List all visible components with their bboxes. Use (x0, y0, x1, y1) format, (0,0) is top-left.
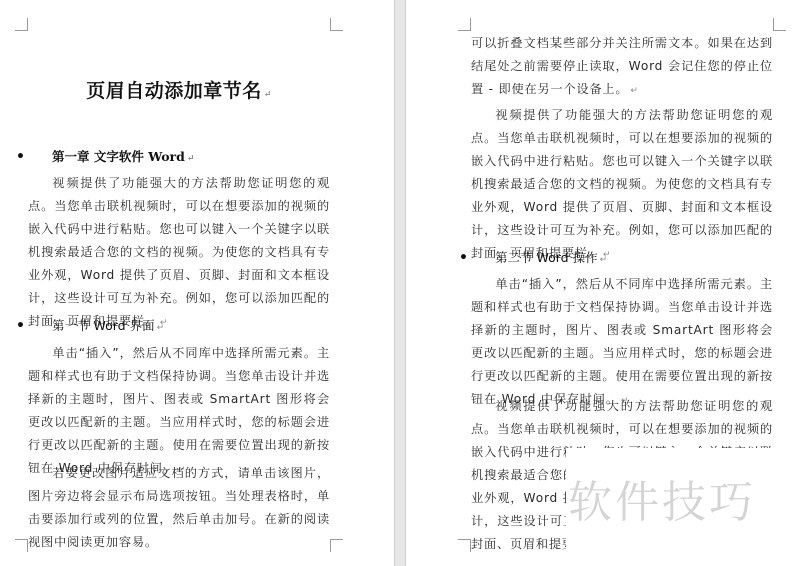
paragraph-mark-icon: ↵ (600, 255, 608, 265)
paragraph-mark-icon: ↵ (264, 90, 272, 100)
margin-corner-mark (773, 18, 786, 31)
bullet-icon: • (16, 148, 25, 166)
page-1[interactable]: 页眉自动添加章节名↵ • 第一章 文字软件 Word↵ 视频提供了功能强大的方法… (0, 0, 394, 566)
section-heading-text: 第一节 Word 界面 (52, 318, 155, 333)
body-paragraph[interactable]: 若要更改图片适应文档的方式，请单击该图片，图片旁边将会显示布局选项按钮。当处理表… (28, 462, 330, 554)
bullet-icon: • (459, 249, 468, 267)
bullet-icon: • (16, 317, 25, 335)
margin-corner-mark (458, 539, 471, 552)
section-heading-text: 第二节 Word 操作 (495, 250, 598, 265)
body-paragraph-text: 视频提供了功能强大的方法帮助您证明您的观点。当您单击联机视频时，可以在想要添加的… (471, 108, 773, 260)
margin-corner-mark (330, 18, 343, 31)
margin-corner-mark (15, 18, 28, 31)
chapter-heading-text: 第一章 文字软件 Word (52, 149, 185, 164)
margin-corner-mark (330, 539, 343, 552)
body-paragraph[interactable]: 可以折叠文档某些部分并关注所需文本。如果在达到结尾处之前需要停止读取，Word … (471, 32, 773, 103)
body-paragraph-text: 视频提供了功能强大的方法帮助您证明您的观点。当您单击联机视频时，可以在想要添加的… (28, 176, 330, 328)
paragraph-mark-icon: ↵ (157, 323, 165, 333)
document-title[interactable]: 页眉自动添加章节名↵ (28, 76, 330, 103)
document-viewport: 页眉自动添加章节名↵ • 第一章 文字软件 Word↵ 视频提供了功能强大的方法… (0, 0, 800, 566)
paragraph-mark-icon: ↵ (630, 86, 638, 96)
margin-corner-mark (15, 539, 28, 552)
body-paragraph[interactable]: 视频提供了功能强大的方法帮助您证明您的观点。当您单击联机视频时，可以在想要添加的… (471, 104, 773, 267)
watermark-text: 软件技巧 (568, 466, 756, 530)
body-paragraph[interactable]: 单击“插入”，然后从不同库中选择所需元素。主题和样式也有助于文档保持协调。当您单… (28, 342, 330, 482)
document-title-text: 页眉自动添加章节名 (86, 80, 262, 102)
paragraph-mark-icon: ↵ (187, 154, 195, 164)
body-paragraph-text: 单击“插入”，然后从不同库中选择所需元素。主题和样式也有助于文档保持协调。当您单… (471, 277, 773, 406)
margin-corner-mark (458, 18, 471, 31)
body-paragraph[interactable]: 视频提供了功能强大的方法帮助您证明您的观点。当您单击联机视频时，可以在想要添加的… (28, 172, 330, 335)
body-paragraph-text: 可以折叠文档某些部分并关注所需文本。如果在达到结尾处之前需要停止读取，Word … (471, 36, 773, 96)
body-paragraph[interactable]: 单击“插入”，然后从不同库中选择所需元素。主题和样式也有助于文档保持协调。当您单… (471, 273, 773, 413)
body-paragraph-text: 单击“插入”，然后从不同库中选择所需元素。主题和样式也有助于文档保持协调。当您单… (28, 346, 330, 475)
body-paragraph-text: 若要更改图片适应文档的方式，请单击该图片，图片旁边将会显示布局选项按钮。当处理表… (28, 466, 330, 549)
